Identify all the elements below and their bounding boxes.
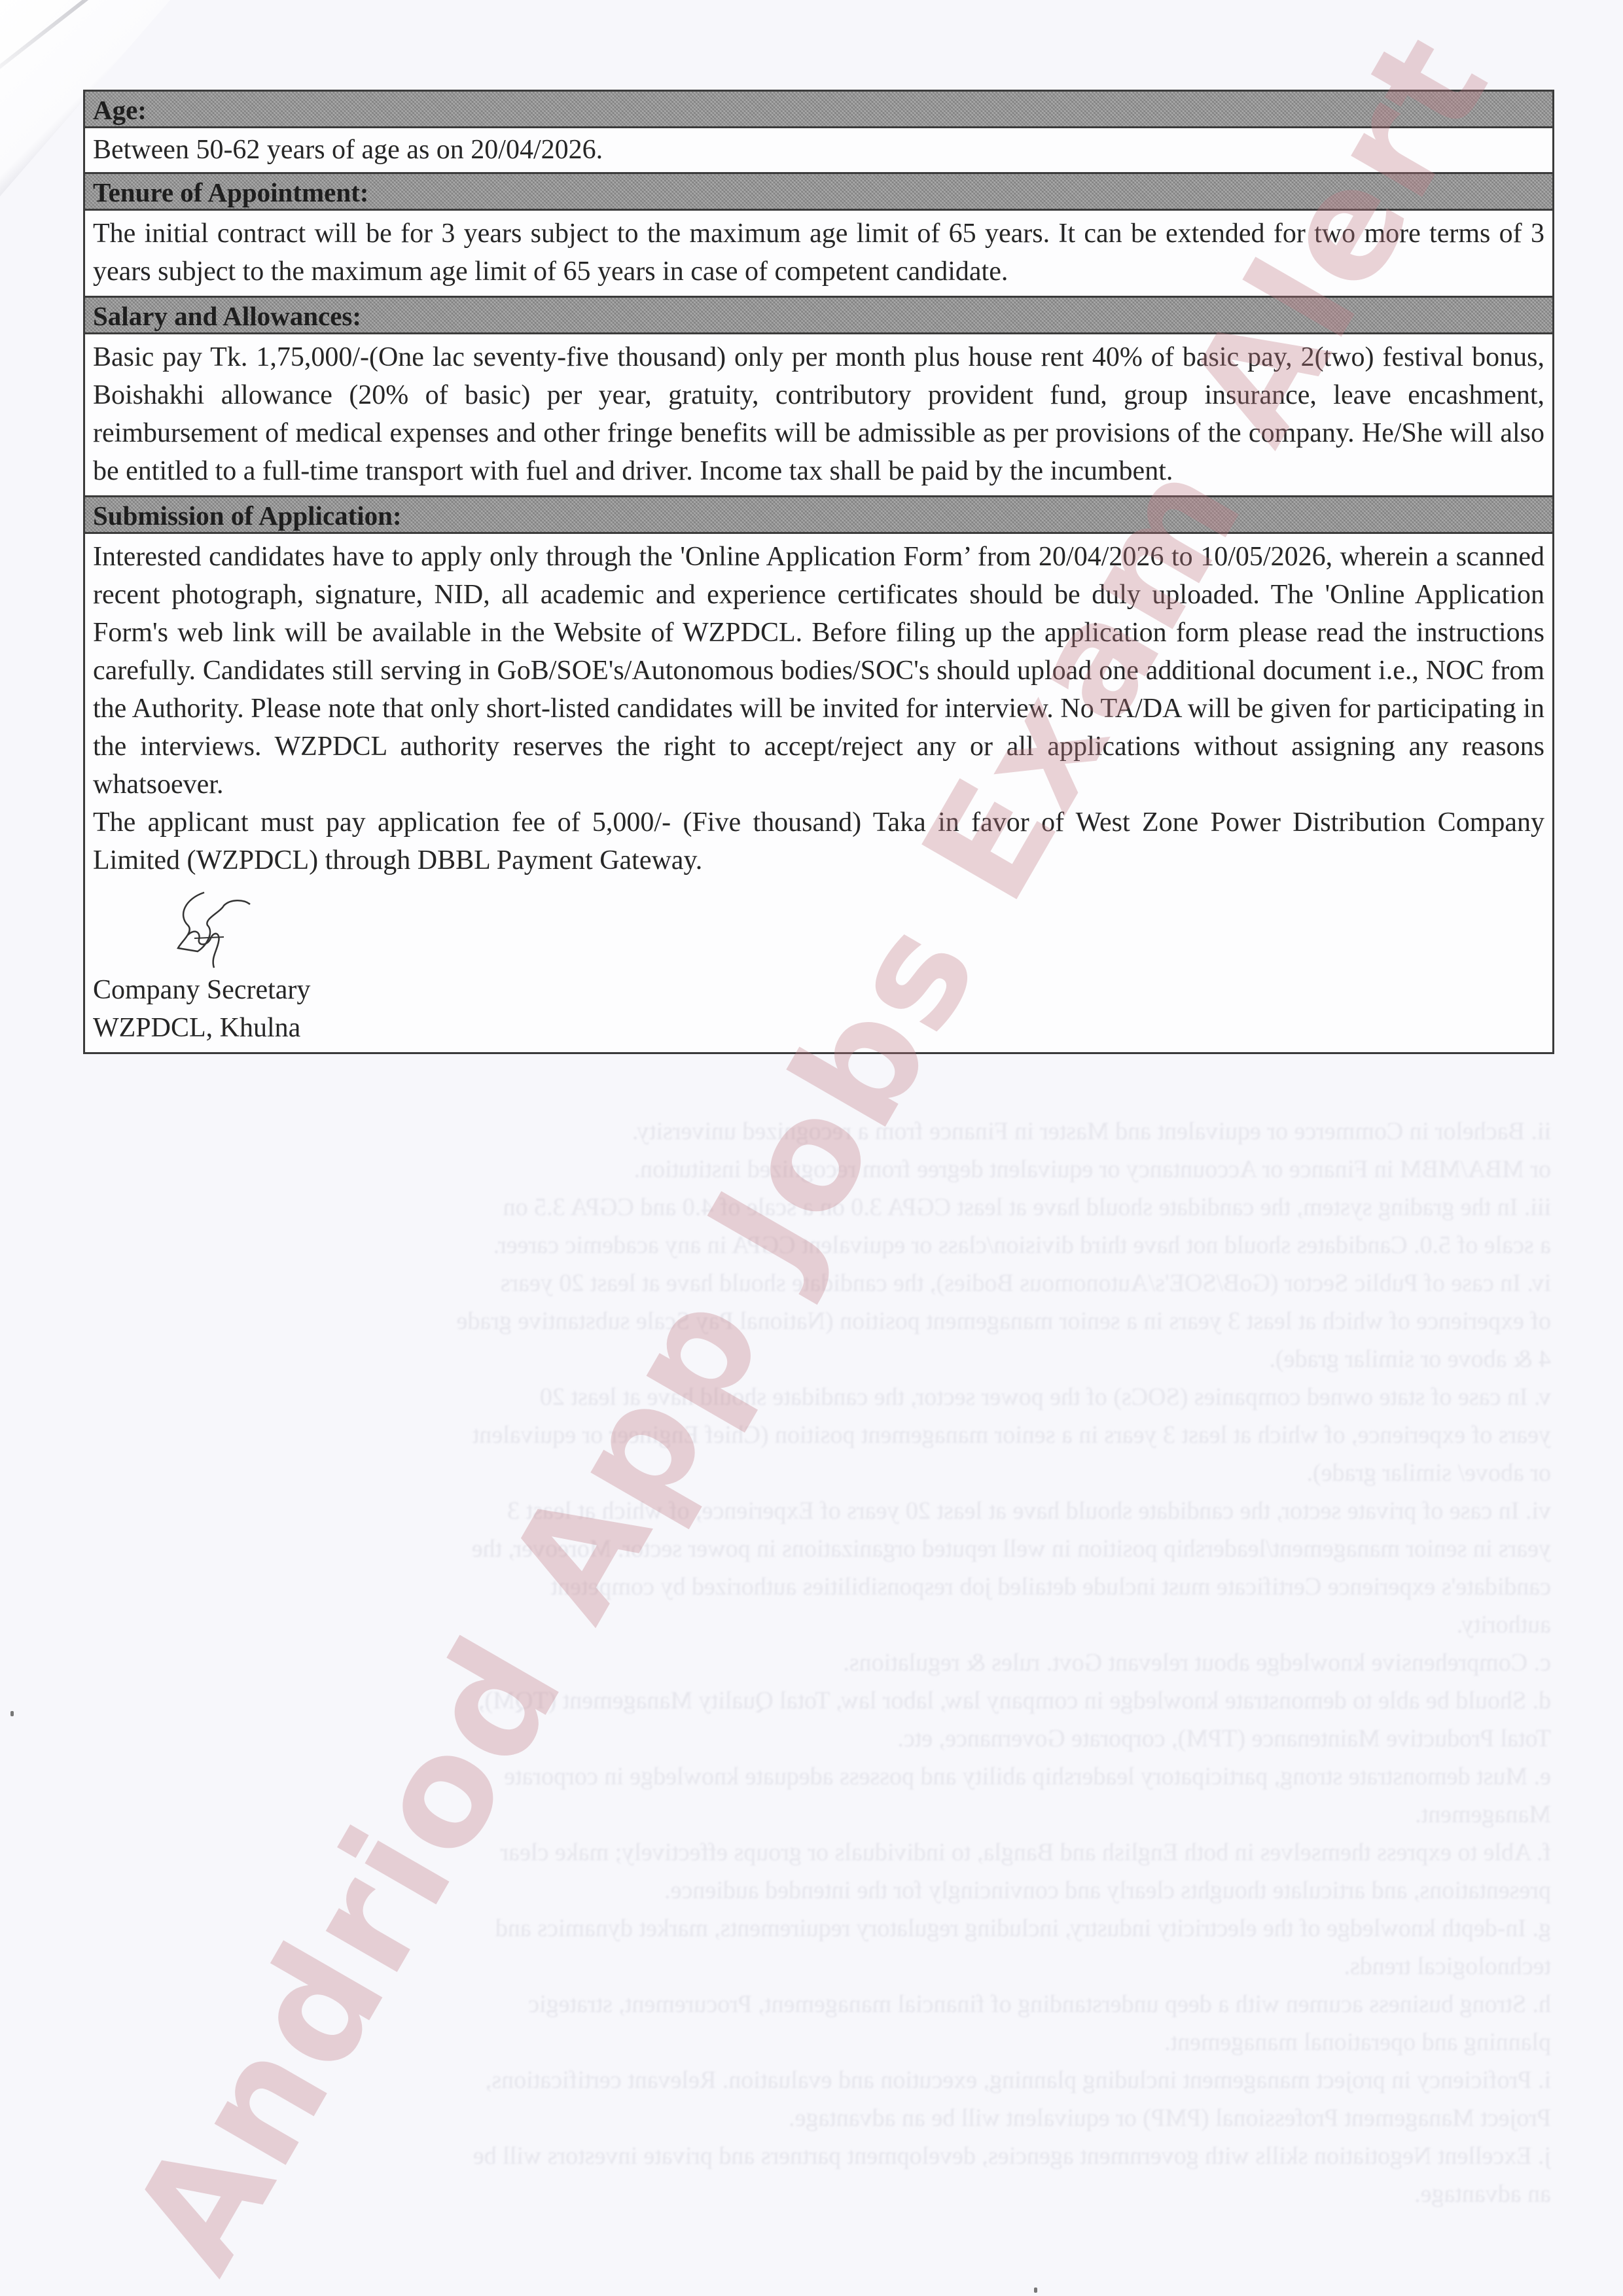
salary-text: Basic pay Tk. 1,75,000/-(One lac seventy… (93, 338, 1544, 490)
signature-block: Company Secretary WZPDCL, Khulna (93, 886, 1544, 1047)
bleed-through-line: f. Able to express themselves in both En… (85, 1833, 1551, 1871)
section-body-tenure: The initial contract will be for 3 years… (85, 211, 1552, 298)
bleed-through-line: iv. In case of Public Sector (GoB/SOE's/… (85, 1264, 1551, 1302)
bleed-through-line: i. Proficiency in project management inc… (85, 2061, 1551, 2099)
scan-speck (1034, 2287, 1037, 2293)
signatory-title: Company Secretary (93, 971, 1544, 1009)
section-heading-salary: Salary and Allowances: (85, 298, 1552, 334)
submission-instructions-text: Interested candidates have to apply only… (93, 538, 1544, 804)
bleed-through-line: years of experience, of which at least 3… (85, 1416, 1551, 1454)
bleed-through-line: e. Must demonstrate strong, participator… (85, 1757, 1551, 1795)
bleed-through-line: authority. (85, 1606, 1551, 1644)
application-fee-text: The applicant must pay application fee o… (93, 804, 1544, 879)
scan-speck (10, 1711, 14, 1716)
recruitment-notice-table: Age: Between 50-62 years of age as on 20… (83, 90, 1554, 1054)
bleed-through-line: d. Should be able to demonstrate knowled… (85, 1682, 1551, 1720)
section-heading-tenure: Tenure of Appointment: (85, 174, 1552, 211)
bleed-through-line: an advantage. (85, 2175, 1551, 2213)
bleed-through-line: years in senior management/leadership po… (85, 1530, 1551, 1568)
bleed-through-line: j. Excellent Negotiation skills with gov… (85, 2137, 1551, 2175)
age-requirement-text: Between 50-62 years of age as on 20/04/2… (93, 131, 1544, 169)
bleed-through-line: presentations, and articulate thoughts c… (85, 1871, 1551, 1909)
bleed-through-line: a scale of 5.0. Candidates should not ha… (85, 1226, 1551, 1264)
bleed-through-line: h. Strong business acumen with a deep un… (85, 1985, 1551, 2023)
bleed-through-line: candidate's experience Certificate must … (85, 1568, 1551, 1606)
section-body-salary: Basic pay Tk. 1,75,000/-(One lac seventy… (85, 334, 1552, 497)
bleed-through-line: planning and operational management. (85, 2023, 1551, 2061)
bleed-through-line: Total Productive Maintenance (TPM), corp… (85, 1720, 1551, 1757)
bleed-through-line: ii. Bachelor in Commerce or equivalent a… (85, 1112, 1551, 1150)
bleed-through-line: v. In case of state owned companies (SOC… (85, 1378, 1551, 1416)
bleed-through-line: Management. (85, 1795, 1551, 1833)
tenure-text: The initial contract will be for 3 years… (93, 215, 1544, 291)
signatory-office: WZPDCL, Khulna (93, 1009, 1544, 1047)
handwritten-signature-icon (158, 886, 276, 971)
bleed-through-line: iii. In the grading system, the candidat… (85, 1188, 1551, 1226)
section-heading-submission: Submission of Application: (85, 497, 1552, 534)
fold-shadow (0, 0, 192, 88)
bleed-through-line: Project Management Professional (PMP) or… (85, 2099, 1551, 2137)
section-heading-age: Age: (85, 92, 1552, 128)
bleed-through-line: technological trends. (85, 1947, 1551, 1985)
bleed-through-line: c. Comprehensive knowledge about relevan… (85, 1644, 1551, 1682)
bleed-through-line: 4 & above or similar grade). (85, 1340, 1551, 1378)
bleed-through-line: or above/ similar grade). (85, 1454, 1551, 1492)
bleed-through-line: vi. In case of private sector, the candi… (85, 1492, 1551, 1530)
bleed-through-line: g. In-depth knowledge of the electricity… (85, 1909, 1551, 1947)
section-body-submission: Interested candidates have to apply only… (85, 534, 1552, 1052)
bleed-through-text: ii. Bachelor in Commerce or equivalent a… (85, 1112, 1551, 2213)
bleed-through-line: of experience of which at least 3 years … (85, 1302, 1551, 1340)
section-body-age: Between 50-62 years of age as on 20/04/2… (85, 128, 1552, 174)
bleed-through-line: or MBA/MBM in Finance or Accountancy or … (85, 1150, 1551, 1188)
